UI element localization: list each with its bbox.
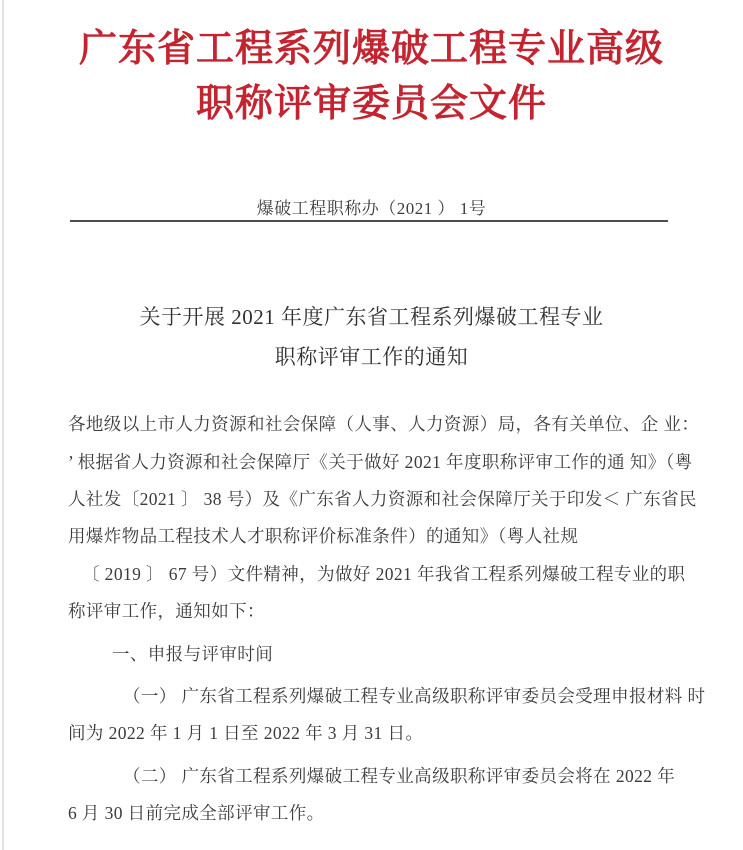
subject-title-line1: 关于开展 2021 年度广东省工程系列爆破工程专业	[0, 301, 743, 331]
body-line-item-2a: （二） 广东省工程系列爆破工程专业高级职称评审委员会将在 2022 年	[123, 765, 675, 787]
subject-title-line2: 职称评审工作的通知	[0, 341, 743, 371]
body-line-intro-2: 人社发〔2021 〕 38 号）及《广东省人力资源和社会保障厅关于印发＜ 广东省…	[68, 488, 697, 510]
official-document-page: 广东省工程系列爆破工程专业高级 职称评审委员会文件 爆破工程职称办（2021 ）…	[0, 0, 743, 850]
body-line-intro-3: 用爆炸物品工程技术人才职称评价标准条件）的通知》（粤人社规	[68, 525, 578, 547]
body-line-intro-1: ’ 根据省人力资源和社会保障厅《关于做好 2021 年度职称评审工作的通 知》（…	[68, 451, 693, 473]
header-divider-rule	[70, 220, 668, 222]
body-line-salutation: 各地级以上市人力资源和社会保障（人事、人力资源）局，各有关单位、企 业：	[68, 413, 699, 435]
document-header-title-line1: 广东省工程系列爆破工程专业高级	[0, 28, 743, 70]
document-header-title-line2: 职称评审委员会文件	[0, 83, 743, 125]
scan-edge-artifact	[2, 0, 4, 850]
body-line-intro-5: 称评审工作，通知如下：	[68, 600, 265, 622]
body-line-item-2b: 6 月 30 日前完成全部评审工作。	[68, 802, 325, 824]
document-number: 爆破工程职称办（2021 ） 1号	[0, 194, 743, 219]
body-line-section-heading: 一、申报与评审时间	[112, 643, 273, 665]
body-line-item-1b: 间为 2022 年 1 月 1 日至 2022 年 3 月 31 日。	[68, 722, 423, 744]
body-line-item-1a: （一） 广东省工程系列爆破工程专业高级职称评审委员会受理申报材料 时	[123, 685, 705, 707]
body-line-intro-4: 〔 2019 〕 67 号）文件精神，为做好 2021 年我省工程系列爆破工程专…	[82, 563, 685, 585]
